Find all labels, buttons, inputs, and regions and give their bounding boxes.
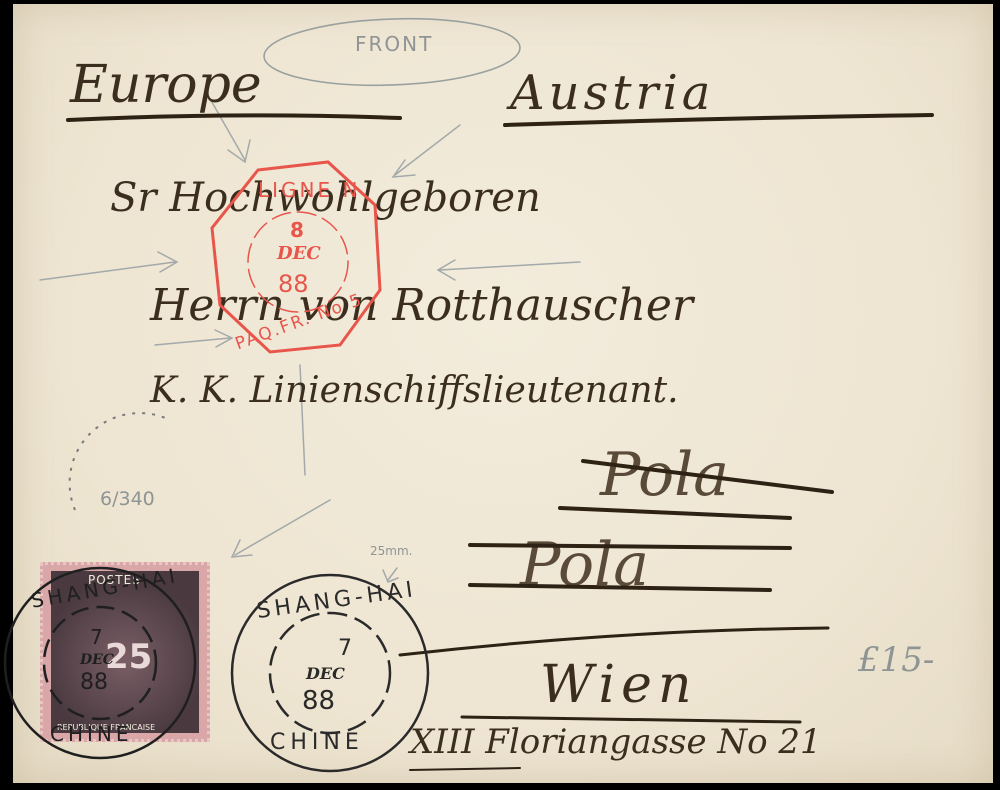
red-cancel-month: DEC xyxy=(277,243,321,264)
cancel2-bottom: CHINE xyxy=(270,730,364,755)
address-rank: K. K. Linienschiffslieutenant. xyxy=(150,370,679,411)
cancel2-month: DEC xyxy=(306,664,345,683)
address-name: Herrn von Rotthauscher xyxy=(150,280,693,331)
address-street: XIII Floriangasse No 21 xyxy=(410,722,822,762)
cancel2-day: 7 xyxy=(338,636,352,661)
crossed-out-pola-1: Pola xyxy=(600,440,729,510)
pencil-measurement: 25mm. xyxy=(370,544,412,558)
red-cancel-year: 88 xyxy=(278,270,309,298)
address-city: Wien xyxy=(540,655,697,715)
pencil-reference: 6/340 xyxy=(100,488,155,510)
cancel1-month: DEC xyxy=(80,652,114,668)
cancel2-year: 88 xyxy=(302,686,335,716)
address-europe: Europe xyxy=(70,55,262,115)
address-austria: Austria xyxy=(510,65,714,121)
pencil-price: £15- xyxy=(858,640,934,680)
cancel1-year: 88 xyxy=(80,670,108,695)
red-cancel-day: 8 xyxy=(290,218,304,242)
red-cancel-top: LIGNE N xyxy=(258,178,360,202)
crossed-out-pola-2: Pola xyxy=(520,530,649,600)
cancel1-day: 7 xyxy=(90,625,103,649)
cancel1-bottom: CHINE xyxy=(50,722,133,746)
